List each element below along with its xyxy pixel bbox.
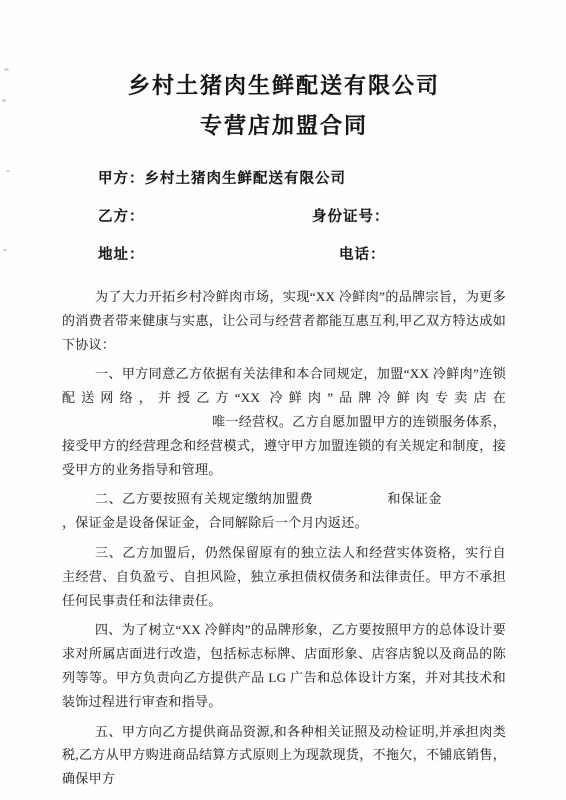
scan-speck — [3, 249, 7, 251]
party-a-value: 乡村土猪肉生鲜配送有限公司 — [145, 171, 347, 187]
party-a-label: 甲方： — [98, 171, 145, 187]
scan-speck — [4, 68, 9, 71]
paragraph-text: 四、为了树立“XX 冷鲜肉”的品牌形象，乙方要按照甲方的总体设计要求对所属店面进… — [62, 622, 506, 708]
contract-paragraph: 二、乙方要按照有关规定缴纳加盟费和保证金，保证金是设备保证金，合同解除后一个月内… — [62, 487, 506, 535]
blank-field — [313, 501, 387, 503]
contract-paragraph: 三、乙方加盟后，仍然保留原有的独立法人和经营实体资格，实行自主经营、自负盈亏、自… — [62, 541, 506, 612]
contract-page: 乡村土猪肉生鲜配送有限公司 专营店加盟合同 甲方：乡村土猪肉生鲜配送有限公司 乙… — [0, 0, 566, 800]
contract-paragraph: 为了大力开拓乡村冷鲜肉市场，实现“XX 冷鲜肉”的品牌宗旨，为更多的消费者带来健… — [62, 285, 506, 356]
id-number-label: 身份证号： — [312, 209, 390, 225]
address-row: 地址： 电话： — [98, 247, 506, 263]
contract-title-line2: 专营店加盟合同 — [62, 106, 506, 146]
contract-paragraph: 一、甲方同意乙方依据有关法律和本合同规定，加盟“XX 冷鲜肉”连锁配送网络，并授… — [62, 362, 506, 481]
paragraph-text: 为了大力开拓乡村冷鲜肉市场，实现“XX 冷鲜肉”的品牌宗旨，为更多的消费者带来健… — [62, 289, 506, 352]
party-b-label: 乙方： — [98, 209, 145, 225]
contract-body: 为了大力开拓乡村冷鲜肉市场，实现“XX 冷鲜肉”的品牌宗旨，为更多的消费者带来健… — [62, 285, 506, 791]
paragraph-text: ，保证金是设备保证金，合同解除后一个月内返还。 — [62, 515, 368, 530]
parties-section: 甲方：乡村土猪肉生鲜配送有限公司 乙方： 身份证号： 地址： 电话： — [62, 171, 506, 263]
paragraph-text: 和保证金 — [387, 491, 442, 506]
contract-paragraph: 四、为了树立“XX 冷鲜肉”的品牌形象，乙方要按照甲方的总体设计要求对所属店面进… — [62, 618, 506, 713]
paragraph-text: 三、乙方加盟后，仍然保留原有的独立法人和经营实体资格，实行自主经营、自负盈亏、自… — [62, 545, 506, 608]
blank-field — [62, 424, 212, 426]
party-a-row: 甲方：乡村土猪肉生鲜配送有限公司 — [98, 171, 506, 187]
party-b-row: 乙方： 身份证号： — [98, 209, 506, 225]
paragraph-text: 五、甲方向乙方提供商品资源,和各种相关证照及动检证明,并承担肉类税,乙方从甲方购… — [62, 724, 506, 787]
contract-paragraph: 五、甲方向乙方提供商品资源,和各种相关证照及动检证明,并承担肉类税,乙方从甲方购… — [62, 720, 506, 791]
blank-field — [442, 501, 506, 503]
contract-title-line1: 乡村土猪肉生鲜配送有限公司 — [62, 66, 506, 106]
contract-title: 乡村土猪肉生鲜配送有限公司 专营店加盟合同 — [62, 66, 506, 146]
scan-speck — [2, 99, 6, 102]
phone-label: 电话： — [339, 247, 386, 263]
scan-speck — [6, 170, 10, 172]
address-label: 地址： — [98, 247, 145, 263]
paragraph-text: 二、乙方要按照有关规定缴纳加盟费 — [95, 491, 313, 506]
paragraph-text: 一、甲方同意乙方依据有关法律和本合同规定，加盟“XX 冷鲜肉”连锁配送网络，并授… — [62, 366, 506, 405]
